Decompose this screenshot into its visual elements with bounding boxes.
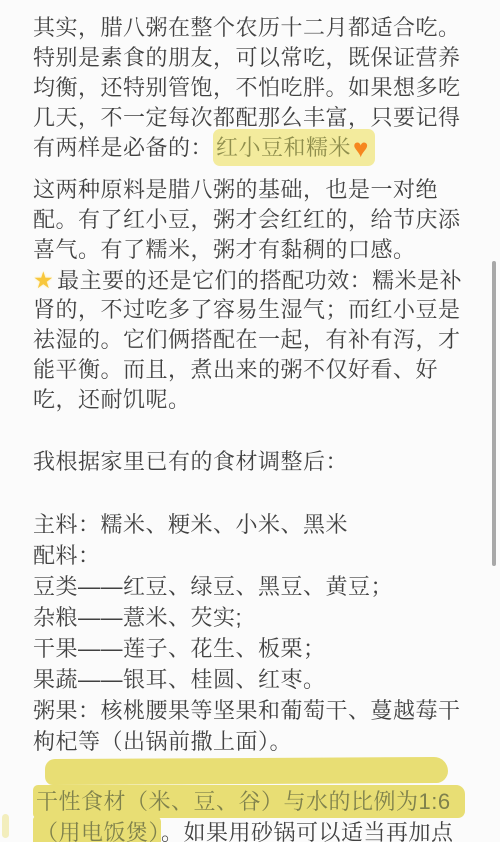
- highlighted-text-line: 干性食材（米、豆、谷）与水的比例为1:6: [33, 786, 462, 817]
- text-line: 肾的，不过吃多了容易生湿气；而红小豆是: [33, 295, 462, 325]
- note-text-area[interactable]: 其实，腊八粥在整个农历十二月都适合吃。 特别是素食的朋友，可以常吃，既保证营养 …: [0, 0, 500, 842]
- text-line-with-highlight: 有两样是必备的：红小豆和糯米♥: [33, 133, 462, 163]
- text-segment: 。如果用砂锅可以适当再加点: [161, 820, 454, 842]
- highlight-text-segment: 干性食材（米、豆、谷）与水的比例为1:6: [33, 785, 465, 818]
- text-line: 均衡，还特别管饱，不怕吃胖。如果想多吃: [33, 73, 462, 103]
- text-line: 这两种原料是腊八粥的基础，也是一对绝: [33, 175, 462, 205]
- list-item: 枸杞等（出锅前撒上面）。: [33, 726, 462, 757]
- list-item: 主料：糯米、粳米、小米、黑米: [33, 509, 462, 540]
- text-line: 其实，腊八粥在整个农历十二月都适合吃。: [33, 13, 462, 43]
- highlight-text-segment: 红小豆和糯米: [216, 135, 351, 160]
- text-line: 我根据家里已有的食材调整后：: [33, 447, 462, 477]
- text-segment: 有两样是必备的：: [33, 135, 213, 160]
- orange-heart-icon: ♥: [351, 133, 368, 163]
- text-line: 吃，还耐饥呢。: [33, 385, 462, 415]
- text-line-with-star: ★最主要的还是它们的搭配功效：糯米是补: [33, 265, 462, 295]
- text-line: 配。有了红小豆，粥才会红红的，给节庆添: [33, 205, 462, 235]
- marker-smudge: [2, 814, 9, 838]
- list-item: 豆类——红豆、绿豆、黑豆、黄豆；: [33, 571, 462, 602]
- text-line-with-highlight: （用电饭煲）。如果用砂锅可以适当再加点: [33, 817, 462, 842]
- highlight-band-row: [33, 758, 462, 786]
- text-line: 祛湿的。它们俩搭配在一起，有补有泻，才: [33, 325, 462, 355]
- scrollbar-thumb[interactable]: [492, 261, 496, 566]
- text-segment: 最主要的还是它们的搭配功效：糯米是补: [57, 268, 462, 293]
- list-item: 粥果：核桃腰果等坚果和葡萄干、蔓越莓干: [33, 695, 462, 726]
- yellow-marker-band: [45, 757, 448, 785]
- text-line: 特别是素食的朋友，可以常吃，既保证营养: [33, 43, 462, 73]
- list-item: 杂粮——薏米、芡实;: [33, 602, 462, 633]
- highlighted-text: 红小豆和糯米♥: [213, 129, 375, 166]
- glowing-star-icon: ★: [33, 267, 54, 293]
- blank-line: [33, 415, 462, 447]
- list-item: 果蔬——银耳、桂圆、红枣。: [33, 664, 462, 695]
- text-line: 能平衡。而且，煮出来的粥不仅好看、好: [33, 355, 462, 385]
- blank-line: [33, 477, 462, 509]
- list-item: 干果——莲子、花生、板栗；: [33, 633, 462, 664]
- text-line: 喜气。有了糯米，粥才有黏稠的口感。: [33, 235, 462, 265]
- highlight-text-segment: （用电饭煲）: [33, 816, 161, 842]
- list-item: 配料：: [33, 540, 462, 571]
